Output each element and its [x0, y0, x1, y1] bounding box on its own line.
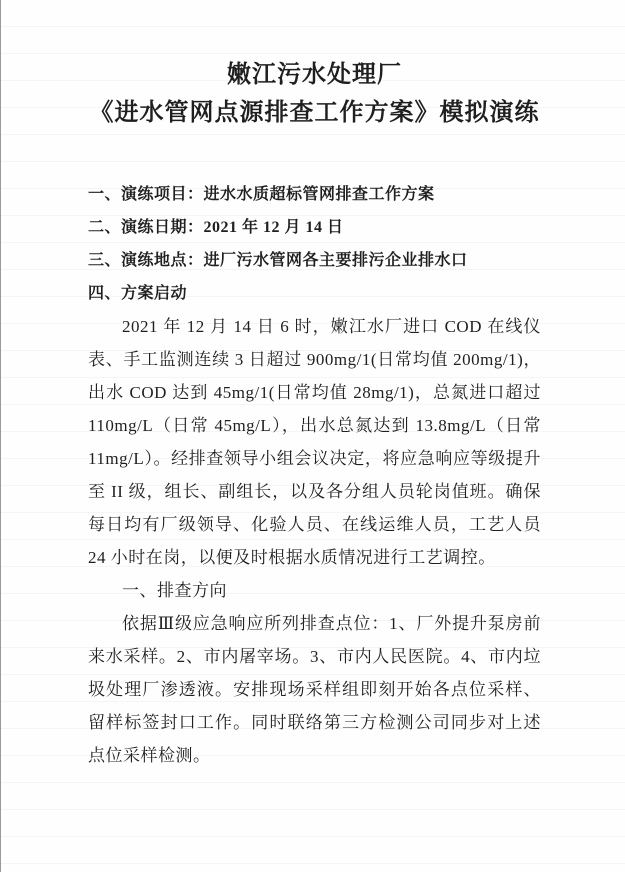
paragraph-investigation-points: 依据Ⅲ级应急响应所列排查点位：1、厂外提升泵房前来水采样。2、市内屠宰场。3、市… — [88, 607, 541, 772]
document-page: 嫩江污水处理厂 《进水管网点源排查工作方案》模拟演练 一、演练项目：进水水质超标… — [0, 0, 625, 872]
subheading-investigation-direction: 一、排查方向 — [88, 574, 541, 607]
document-title-line-1: 嫩江污水处理厂 — [88, 56, 541, 94]
paragraph-incident-description: 2021 年 12 月 14 日 6 时，嫩江水厂进口 COD 在线仪表、手工监… — [88, 310, 541, 574]
list-item-drill-project: 一、演练项目：进水水质超标管网排查工作方案 — [88, 178, 541, 211]
drill-info-list: 一、演练项目：进水水质超标管网排查工作方案 二、演练日期：2021 年 12 月… — [88, 178, 541, 310]
list-item-drill-location: 三、演练地点：进厂污水管网各主要排污企业排水口 — [88, 244, 541, 277]
document-title-block: 嫩江污水处理厂 《进水管网点源排查工作方案》模拟演练 — [88, 0, 541, 132]
document-title-line-2: 《进水管网点源排查工作方案》模拟演练 — [88, 94, 541, 132]
list-item-plan-launch: 四、方案启动 — [88, 277, 541, 310]
list-item-drill-date: 二、演练日期：2021 年 12 月 14 日 — [88, 211, 541, 244]
